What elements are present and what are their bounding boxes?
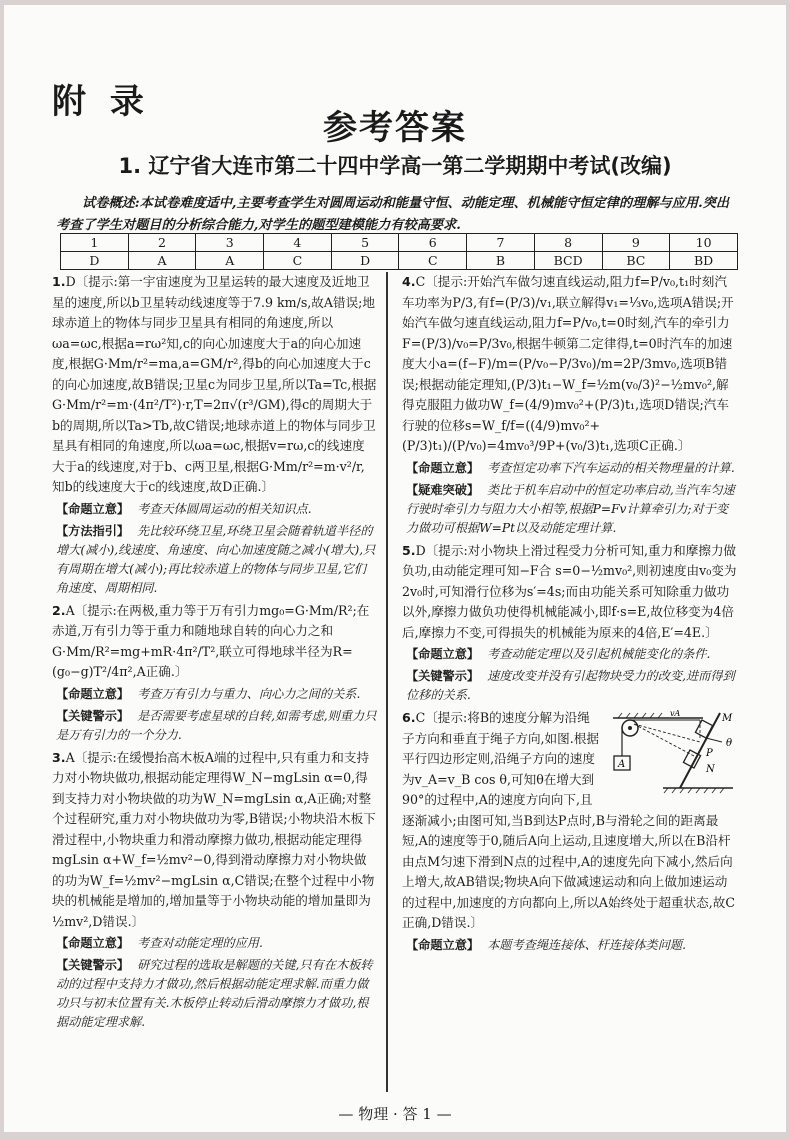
question-number: 2. [52,603,66,618]
note-warning: 【关键警示】研究过程的选取是解题的关键,只有在木板转动的过程中支持力才做功,然后… [56,956,377,1032]
note-intent: 【命题立意】考查动能定理以及引起机械能变化的条件. [406,645,738,664]
svg-text:θ: θ [726,738,732,749]
question-number: 6 [399,234,467,252]
answer-cell: B [467,252,535,270]
solution-q6: A vA M θ P N 6.C〔提示:将B的速度分解为沿绳子方向和垂直于绳子方… [402,708,738,934]
column-divider [386,272,388,1092]
answer-cell: A [128,252,196,270]
solution-text: C〔提示:开始汽车做匀速直线运动,阻力f=P/v₀,t₁时刻汽车功率为P/3,有… [402,274,734,453]
note-intent: 【命题立意】本题考查绳连接体、杆连接体类问题. [406,936,738,955]
svg-text:A: A [617,759,625,770]
question-number: 2 [128,234,196,252]
solution-text: A〔提示:在两极,重力等于万有引力mg₀=G·Mm/R²;在赤道,万有引力等于重… [52,603,369,680]
answer-cell: D [331,252,399,270]
note-method: 【方法指引】先比较环绕卫星,环绕卫星会随着轨道半径的增大(减小),线速度、角速度… [56,522,377,598]
question-number: 4 [264,234,332,252]
svg-text:M: M [721,713,733,724]
note-warning: 【关键警示】速度改变并没有引起物块受力的改变,进而得到位移的关系. [406,667,738,705]
page-title: 参考答案 [0,100,790,149]
answer-table-number-row: 1 2 3 4 5 6 7 8 9 10 [61,234,738,252]
note-intent: 【命题立意】考查恒定功率下汽车运动的相关物理量的计算. [406,459,738,478]
answer-cell: D [61,252,129,270]
question-number: 1 [61,234,129,252]
solution-q1: 1.D〔提示:第一宇宙速度为卫星运转的最大速度及近地卫星的速度,所以b卫星转动线… [52,272,377,498]
answer-table: 1 2 3 4 5 6 7 8 9 10 D A A C D C B BCD B… [60,233,738,270]
question-number: 4. [402,274,416,289]
solution-q5: 5.D〔提示:对小物块上滑过程受力分析可知,重力和摩擦力做负功,由动能定理可知−… [402,541,738,644]
solution-q2: 2.A〔提示:在两极,重力等于万有引力mg₀=G·Mm/R²;在赤道,万有引力等… [52,601,377,683]
solution-text: A〔提示:在缓慢抬高木板A端的过程中,只有重力和支持力对小物块做功,根据动能定理… [52,750,376,929]
answer-cell: BCD [534,252,602,270]
note-warning: 【关键警示】是否需要考虑星球的自转,如需考虑,则重力只是万有引力的一个分力. [56,707,377,745]
question-number: 8 [534,234,602,252]
svg-text:N: N [705,764,716,775]
answer-cell: BC [602,252,670,270]
solution-text: D〔提示:对小物块上滑过程受力分析可知,重力和摩擦力做负功,由动能定理可知−F合… [402,543,737,640]
svg-text:vA: vA [670,709,681,718]
question-number: 6. [402,710,416,725]
solution-q3: 3.A〔提示:在缓慢抬高木板A端的过程中,只有重力和支持力对小物块做功,根据动能… [52,748,377,933]
answer-cell: C [399,252,467,270]
answer-table-answer-row: D A A C D C B BCD BC BD [61,252,738,270]
exam-title: 1. 辽宁省大连市第二十四中学高一第二学期期中考试(改编) [0,150,790,180]
note-intent: 【命题立意】考查万有引力与重力、向心力之间的关系. [56,685,377,704]
question-number: 5 [331,234,399,252]
question-number: 10 [670,234,738,252]
answer-cell: A [196,252,264,270]
answer-cell: BD [670,252,738,270]
question-number: 1. [52,274,66,289]
paper-overview: 试卷概述:本试卷难度适中,主要考查学生对圆周运动和能量守恒、动能定理、机械能守恒… [56,193,738,237]
page-footer: — 物理 · 答 1 — [0,1103,790,1124]
solution-text: D〔提示:第一宇宙速度为卫星运转的最大速度及近地卫星的速度,所以b卫星转动线速度… [52,274,376,494]
note-breakthrough: 【疑难突破】类比于机车启动中的恒定功率启动,当汽车匀速行驶时牵引力与阻力大小相等… [406,481,738,538]
question-number: 5. [402,543,416,558]
note-intent: 【命题立意】考查对动能定理的应用. [56,934,377,953]
question-number: 3. [52,750,66,765]
right-column: 4.C〔提示:开始汽车做匀速直线运动,阻力f=P/v₀,t₁时刻汽车功率为P/3… [402,272,738,958]
left-column: 1.D〔提示:第一宇宙速度为卫星运转的最大速度及近地卫星的速度,所以b卫星转动线… [52,272,377,1035]
solution-q4: 4.C〔提示:开始汽车做匀速直线运动,阻力f=P/v₀,t₁时刻汽车功率为P/3… [402,272,738,457]
question-number: 9 [602,234,670,252]
question-number: 3 [196,234,264,252]
svg-text:P: P [705,748,713,759]
note-intent: 【命题立意】考查天体圆周运动的相关知识点. [56,500,377,519]
question-number: 7 [467,234,535,252]
pulley-rod-diagram: A vA M θ P N [608,708,738,794]
answer-cell: C [264,252,332,270]
